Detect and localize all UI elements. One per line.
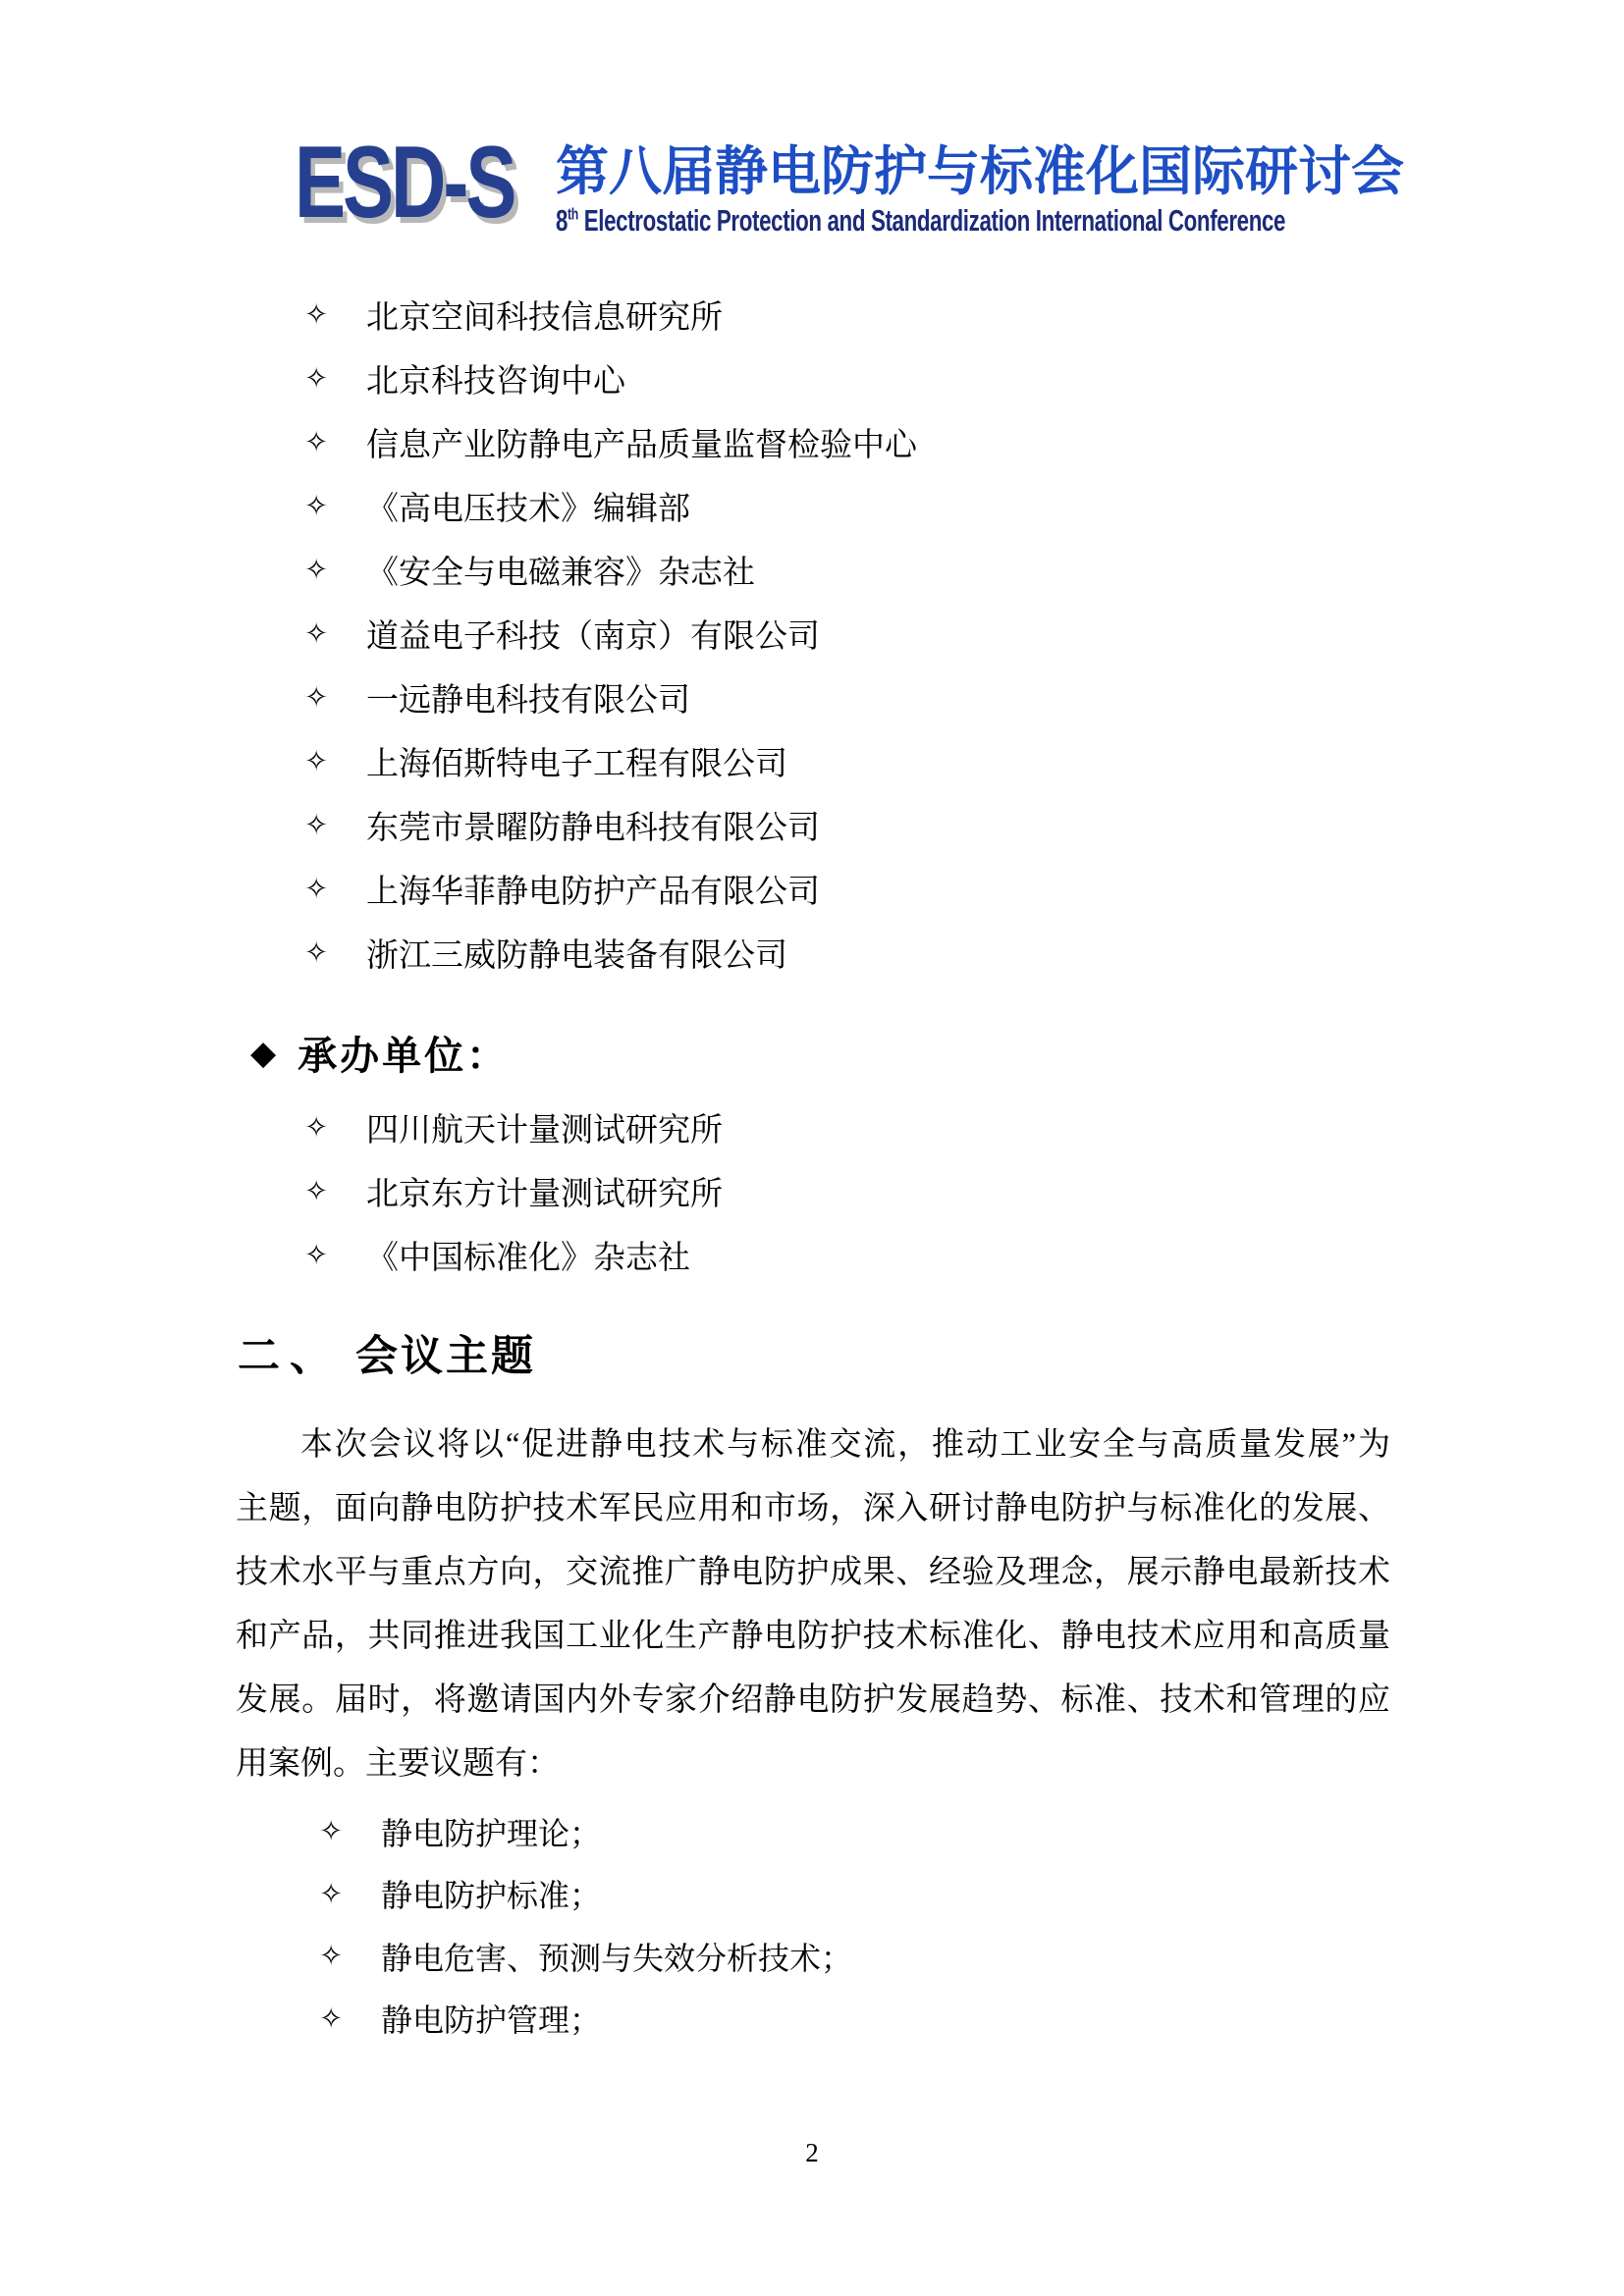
four-pointed-star-bullet-icon: ✧ — [304, 811, 366, 839]
sponsor-name: 一远静电科技有限公司 — [366, 674, 690, 721]
four-pointed-star-bullet-icon: ✧ — [304, 938, 366, 967]
sponsor-name: 《高电压技术》编辑部 — [366, 483, 690, 529]
four-pointed-star-bullet-icon: ✧ — [304, 683, 366, 712]
four-pointed-star-bullet-icon: ✧ — [319, 1880, 381, 1908]
four-pointed-star-bullet-icon: ✧ — [304, 1241, 366, 1269]
title-en-rest: Electrostatic Protection and Standardiza… — [578, 203, 1285, 238]
black-diamond-bullet-icon: ◆ — [250, 1037, 276, 1070]
sponsor-name: 上海佰斯特电子工程有限公司 — [366, 738, 787, 784]
list-item: ✧北京东方计量测试研究所 — [236, 1159, 1389, 1223]
paragraph-line: 和产品，共同推进我国工业化生产静电防护技术标准化、静电技术应用和高质量 — [236, 1605, 1390, 1669]
paragraph-line: 发展。届时，将邀请国内外专家介绍静电防护发展趋势、标准、技术和管理的应 — [236, 1669, 1390, 1733]
sponsor-name: 信息产业防静电产品质量监督检验中心 — [366, 419, 917, 465]
four-pointed-star-bullet-icon: ✧ — [304, 1177, 366, 1205]
list-item: ✧静电危害、预测与失效分析技术； — [236, 1925, 1390, 1988]
sponsor-name: 北京科技咨询中心 — [366, 355, 625, 401]
four-pointed-star-bullet-icon: ✧ — [319, 1942, 381, 1970]
four-pointed-star-bullet-icon: ✧ — [304, 492, 366, 520]
section-heading-conference-theme: 二、会议主题 — [238, 1323, 536, 1383]
esd-s-logo: ESD-S — [295, 132, 514, 234]
organizer-name: 《中国标准化》杂志社 — [366, 1232, 690, 1278]
organizer-name: 四川航天计量测试研究所 — [366, 1104, 723, 1150]
list-item: ✧静电防护管理； — [236, 1988, 1390, 2051]
four-pointed-star-bullet-icon: ✧ — [304, 875, 366, 903]
organizer-heading-label: 承办单位： — [298, 1025, 509, 1081]
sponsor-name: 上海华菲静电防护产品有限公司 — [366, 866, 820, 912]
theme-paragraph: 本次会议将以“促进静电技术与标准交流，推动工业安全与高质量发展”为 主题，面向静… — [236, 1414, 1390, 1796]
list-item: ✧上海佰斯特电子工程有限公司 — [236, 729, 1389, 793]
four-pointed-star-bullet-icon: ✧ — [304, 619, 366, 648]
list-item: ✧《高电压技术》编辑部 — [236, 474, 1389, 538]
conference-title-chinese: 第八届静电防护与标准化国际研讨会 — [556, 143, 1404, 201]
paragraph-line: 用案例。主要议题有： — [236, 1733, 1390, 1796]
topic-label: 静电防护标准； — [381, 1871, 601, 1916]
list-item: ✧静电防护标准； — [236, 1863, 1390, 1926]
page-number: 2 — [0, 2138, 1624, 2168]
section-number: 二、 — [238, 1334, 342, 1380]
list-item: ✧北京科技咨询中心 — [236, 347, 1389, 410]
sponsor-name: 《安全与电磁兼容》杂志社 — [366, 547, 755, 593]
list-item: ✧东莞市景曜防静电科技有限公司 — [236, 793, 1389, 857]
list-item: ✧信息产业防静电产品质量监督检验中心 — [236, 410, 1389, 474]
organizer-name: 北京东方计量测试研究所 — [366, 1168, 723, 1214]
sponsor-name: 浙江三威防静电装备有限公司 — [366, 930, 787, 976]
list-item: ✧浙江三威防静电装备有限公司 — [236, 921, 1389, 985]
list-item: ✧北京空间科技信息研究所 — [236, 283, 1389, 347]
list-item: ✧上海华菲静电防护产品有限公司 — [236, 857, 1389, 921]
four-pointed-star-bullet-icon: ✧ — [319, 1817, 381, 1845]
list-item: ✧静电防护理论； — [236, 1800, 1390, 1863]
list-item: ✧一远静电科技有限公司 — [236, 666, 1389, 729]
topic-list: ✧静电防护理论； ✧静电防护标准； ✧静电危害、预测与失效分析技术； ✧静电防护… — [236, 1800, 1390, 2050]
topic-label: 静电危害、预测与失效分析技术； — [381, 1934, 852, 1979]
conference-title-english: 8th Electrostatic Protection and Standar… — [556, 204, 1285, 238]
sponsor-name: 东莞市景曜防静电科技有限公司 — [366, 802, 820, 848]
title-en-ordinal-suffix: th — [568, 205, 578, 224]
four-pointed-star-bullet-icon: ✧ — [304, 364, 366, 393]
four-pointed-star-bullet-icon: ✧ — [304, 300, 366, 329]
paragraph-line: 本次会议将以“促进静电技术与标准交流，推动工业安全与高质量发展”为 — [236, 1414, 1390, 1477]
list-item: ✧《安全与电磁兼容》杂志社 — [236, 538, 1389, 602]
four-pointed-star-bullet-icon: ✧ — [304, 1113, 366, 1142]
four-pointed-star-bullet-icon: ✧ — [319, 2004, 381, 2033]
paragraph-line: 技术水平与重点方向，交流推广静电防护成果、经验及理念，展示静电最新技术 — [236, 1541, 1390, 1605]
list-item: ✧四川航天计量测试研究所 — [236, 1095, 1389, 1159]
topic-label: 静电防护管理； — [381, 1996, 601, 2041]
four-pointed-star-bullet-icon: ✧ — [304, 747, 366, 775]
topic-label: 静电防护理论； — [381, 1809, 601, 1854]
four-pointed-star-bullet-icon: ✧ — [304, 428, 366, 456]
document-page: ESD-S 第八届静电防护与标准化国际研讨会 8th Electrostatic… — [0, 0, 1624, 2296]
list-item: ✧《中国标准化》杂志社 — [236, 1223, 1389, 1287]
four-pointed-star-bullet-icon: ✧ — [304, 556, 366, 584]
sponsor-list: ✧北京空间科技信息研究所 ✧北京科技咨询中心 ✧信息产业防静电产品质量监督检验中… — [236, 283, 1389, 985]
sponsor-name: 北京空间科技信息研究所 — [366, 292, 723, 338]
paragraph-line: 主题，面向静电防护技术军民应用和市场，深入研讨静电防护与标准化的发展、 — [236, 1477, 1390, 1541]
list-item: ✧道益电子科技（南京）有限公司 — [236, 602, 1389, 666]
organizer-list: ✧四川航天计量测试研究所 ✧北京东方计量测试研究所 ✧《中国标准化》杂志社 — [236, 1095, 1389, 1287]
organizer-section-heading: ◆ 承办单位： — [250, 1025, 509, 1081]
title-en-number: 8 — [556, 203, 568, 238]
section-title: 会议主题 — [355, 1334, 536, 1380]
sponsor-name: 道益电子科技（南京）有限公司 — [366, 611, 820, 657]
